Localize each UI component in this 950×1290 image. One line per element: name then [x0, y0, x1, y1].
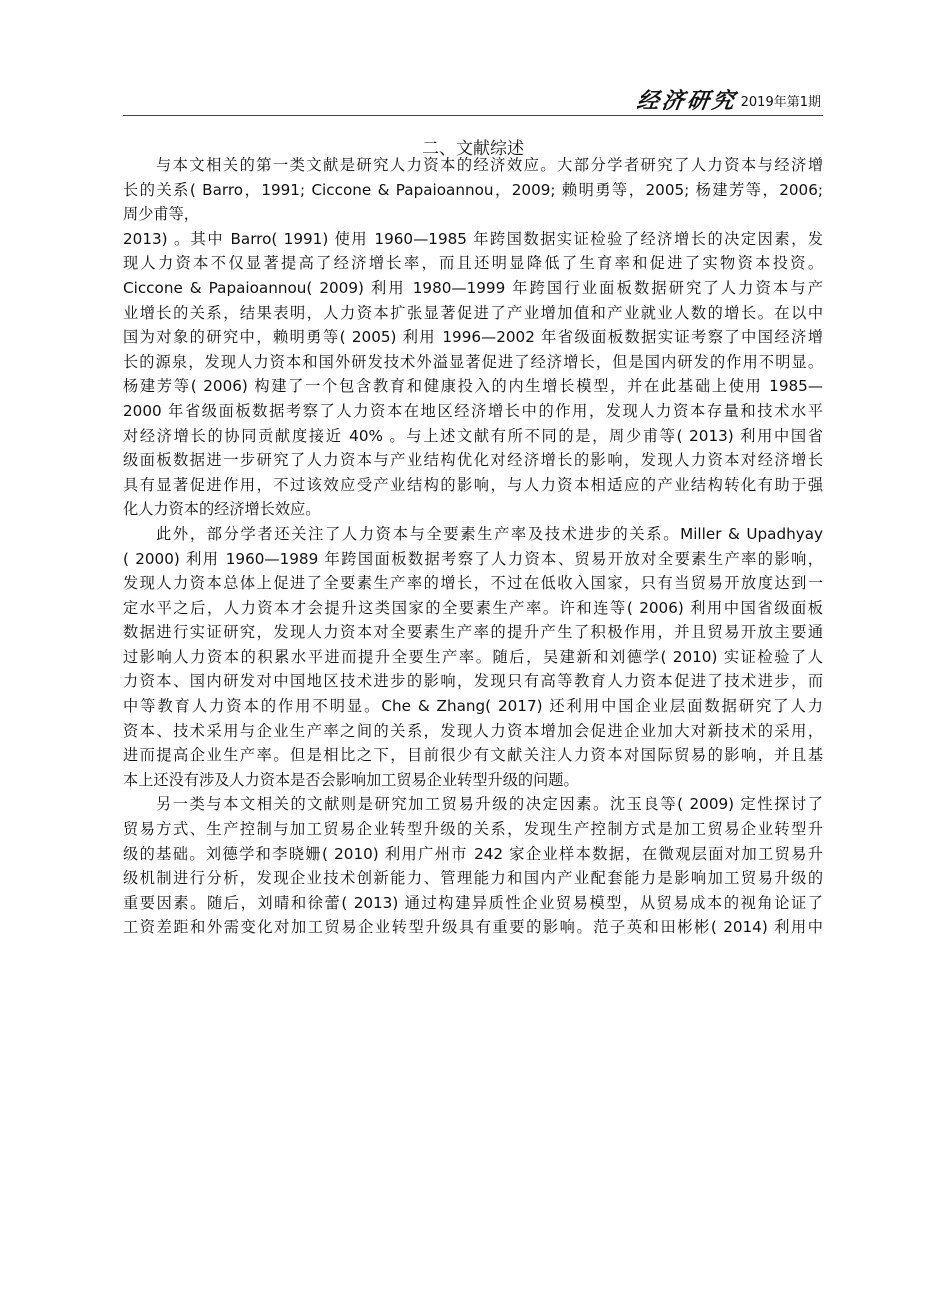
text-line: 此外，部分学者还关注了人力资本与全要素生产率及技术进步的关系。Miller & … — [123, 522, 823, 547]
text-line: 过影响人力资本的积累水平进而提升全要生产率。随后，吴建新和刘德学( 2010) … — [123, 645, 823, 670]
running-header: 经济研究 2019年第1期 — [123, 86, 823, 116]
text-line: 发现人力资本总体上促进了全要素生产率的增长，不过在低收入国家，只有当贸易开放度达… — [123, 571, 823, 596]
text-line: 本上还没有涉及人力资本是否会影响加工贸易企业转型升级的问题。 — [123, 768, 823, 793]
paragraph-2: 此外，部分学者还关注了人力资本与全要素生产率及技术进步的关系。Miller & … — [123, 522, 823, 793]
text-line: 现人力资本不仅显著提高了经济增长率，而且还明显降低了生育率和促进了实物资本投资。 — [123, 251, 823, 276]
paragraph-1: 与本文相关的第一类文献是研究人力资本的经济效应。大部分学者研究了人力资本与经济增… — [123, 153, 823, 522]
text-line: 工资差距和外需变化对加工贸易企业转型升级具有重要的影响。范子英和田彬彬( 201… — [123, 915, 823, 940]
text-line: 业增长的关系，结果表明，人力资本扩张显著促进了产业增加值和产业就业人数的增长。在… — [123, 301, 823, 326]
text-line: 2000 年省级面板数据考察了人力资本在地区经济增长中的作用，发现人力资本存量和… — [123, 399, 823, 424]
text-line: 贸易方式、生产控制与加工贸易企业转型升级的关系，发现生产控制方式是加工贸易企业转… — [123, 817, 823, 842]
text-line: 国为对象的研究中，赖明勇等( 2005) 利用 1996—2002 年省级面板数… — [123, 325, 823, 350]
text-line: 长的关系( Barro，1991; Ciccone & Papaioannou，… — [123, 178, 823, 203]
text-line: 具有显著促进作用，不过该效应受产业结构的影响，与人力资本相适应的产业结构转化有助… — [123, 473, 823, 498]
text-line: 与本文相关的第一类文献是研究人力资本的经济效应。大部分学者研究了人力资本与经济增 — [123, 153, 823, 178]
text-line: 另一类与本文相关的文献则是研究加工贸易升级的决定因素。沈玉良等( 2009) 定… — [123, 792, 823, 817]
text-line: 杨建芳等( 2006) 构建了一个包含教育和健康投入的内生增长模型，并在此基础上… — [123, 374, 823, 399]
text-line: 化人力资本的经济增长效应。 — [123, 497, 823, 522]
text-line: 级的基础。刘德学和李晓姗( 2010) 利用广州市 242 家企业样本数据，在微… — [123, 842, 823, 867]
text-line: Ciccone & Papaioannou( 2009) 利用 1980—199… — [123, 276, 823, 301]
paragraph-3: 另一类与本文相关的文献则是研究加工贸易升级的决定因素。沈玉良等( 2009) 定… — [123, 792, 823, 940]
text-line: 力资本、国内研发对中国地区技术进步的影响，发现只有高等教育人力资本促进了技术进步… — [123, 669, 823, 694]
header-right: 经济研究 2019年第1期 — [637, 89, 821, 113]
text-line: 2013) 。其中 Barro( 1991) 使用 1960—1985 年跨国数… — [123, 227, 823, 252]
text-line: 周少甫等， — [123, 202, 823, 227]
text-line: 级面板数据进一步研究了人力资本与产业结构优化对经济增长的影响，发现人力资本对经济… — [123, 448, 823, 473]
text-line: 数据进行实证研究，发现人力资本对全要素生产率的提升产生了积极作用，并且贸易开放主… — [123, 620, 823, 645]
body-text: 与本文相关的第一类文献是研究人力资本的经济效应。大部分学者研究了人力资本与经济增… — [123, 153, 823, 940]
text-line: 中等教育人力资本的作用不明显。Che & Zhang( 2017) 还利用中国企… — [123, 694, 823, 719]
text-line: 定水平之后，人力资本才会提升这类国家的全要素生产率。许和连等( 2006) 利用… — [123, 596, 823, 621]
text-line: ( 2000) 利用 1960—1989 年跨国面板数据考察了人力资本、贸易开放… — [123, 547, 823, 572]
text-line: 资本、技术采用与企业生产率之间的关系，发现人力资本增加会促进企业加大对新技术的采… — [123, 719, 823, 744]
text-line: 对经济增长的协同贡献度接近 40% 。与上述文献有所不同的是，周少甫等( 201… — [123, 424, 823, 449]
journal-logo: 经济研究 — [635, 89, 738, 113]
text-line: 级机制进行分析，发现企业技术创新能力、管理能力和国内产业配套能力是影响加工贸易升… — [123, 866, 823, 891]
text-line: 长的源泉，发现人力资本和国外研发技术外溢显著促进了经济增长，但是国内研发的作用不… — [123, 350, 823, 375]
issue-label: 2019年第1期 — [741, 94, 821, 113]
text-line: 进而提高企业生产率。但是相比之下，目前很少有文献关注人力资本对国际贸易的影响，并… — [123, 743, 823, 768]
text-line: 重要因素。随后，刘晴和徐蕾( 2013) 通过构建异质性企业贸易模型，从贸易成本… — [123, 891, 823, 916]
